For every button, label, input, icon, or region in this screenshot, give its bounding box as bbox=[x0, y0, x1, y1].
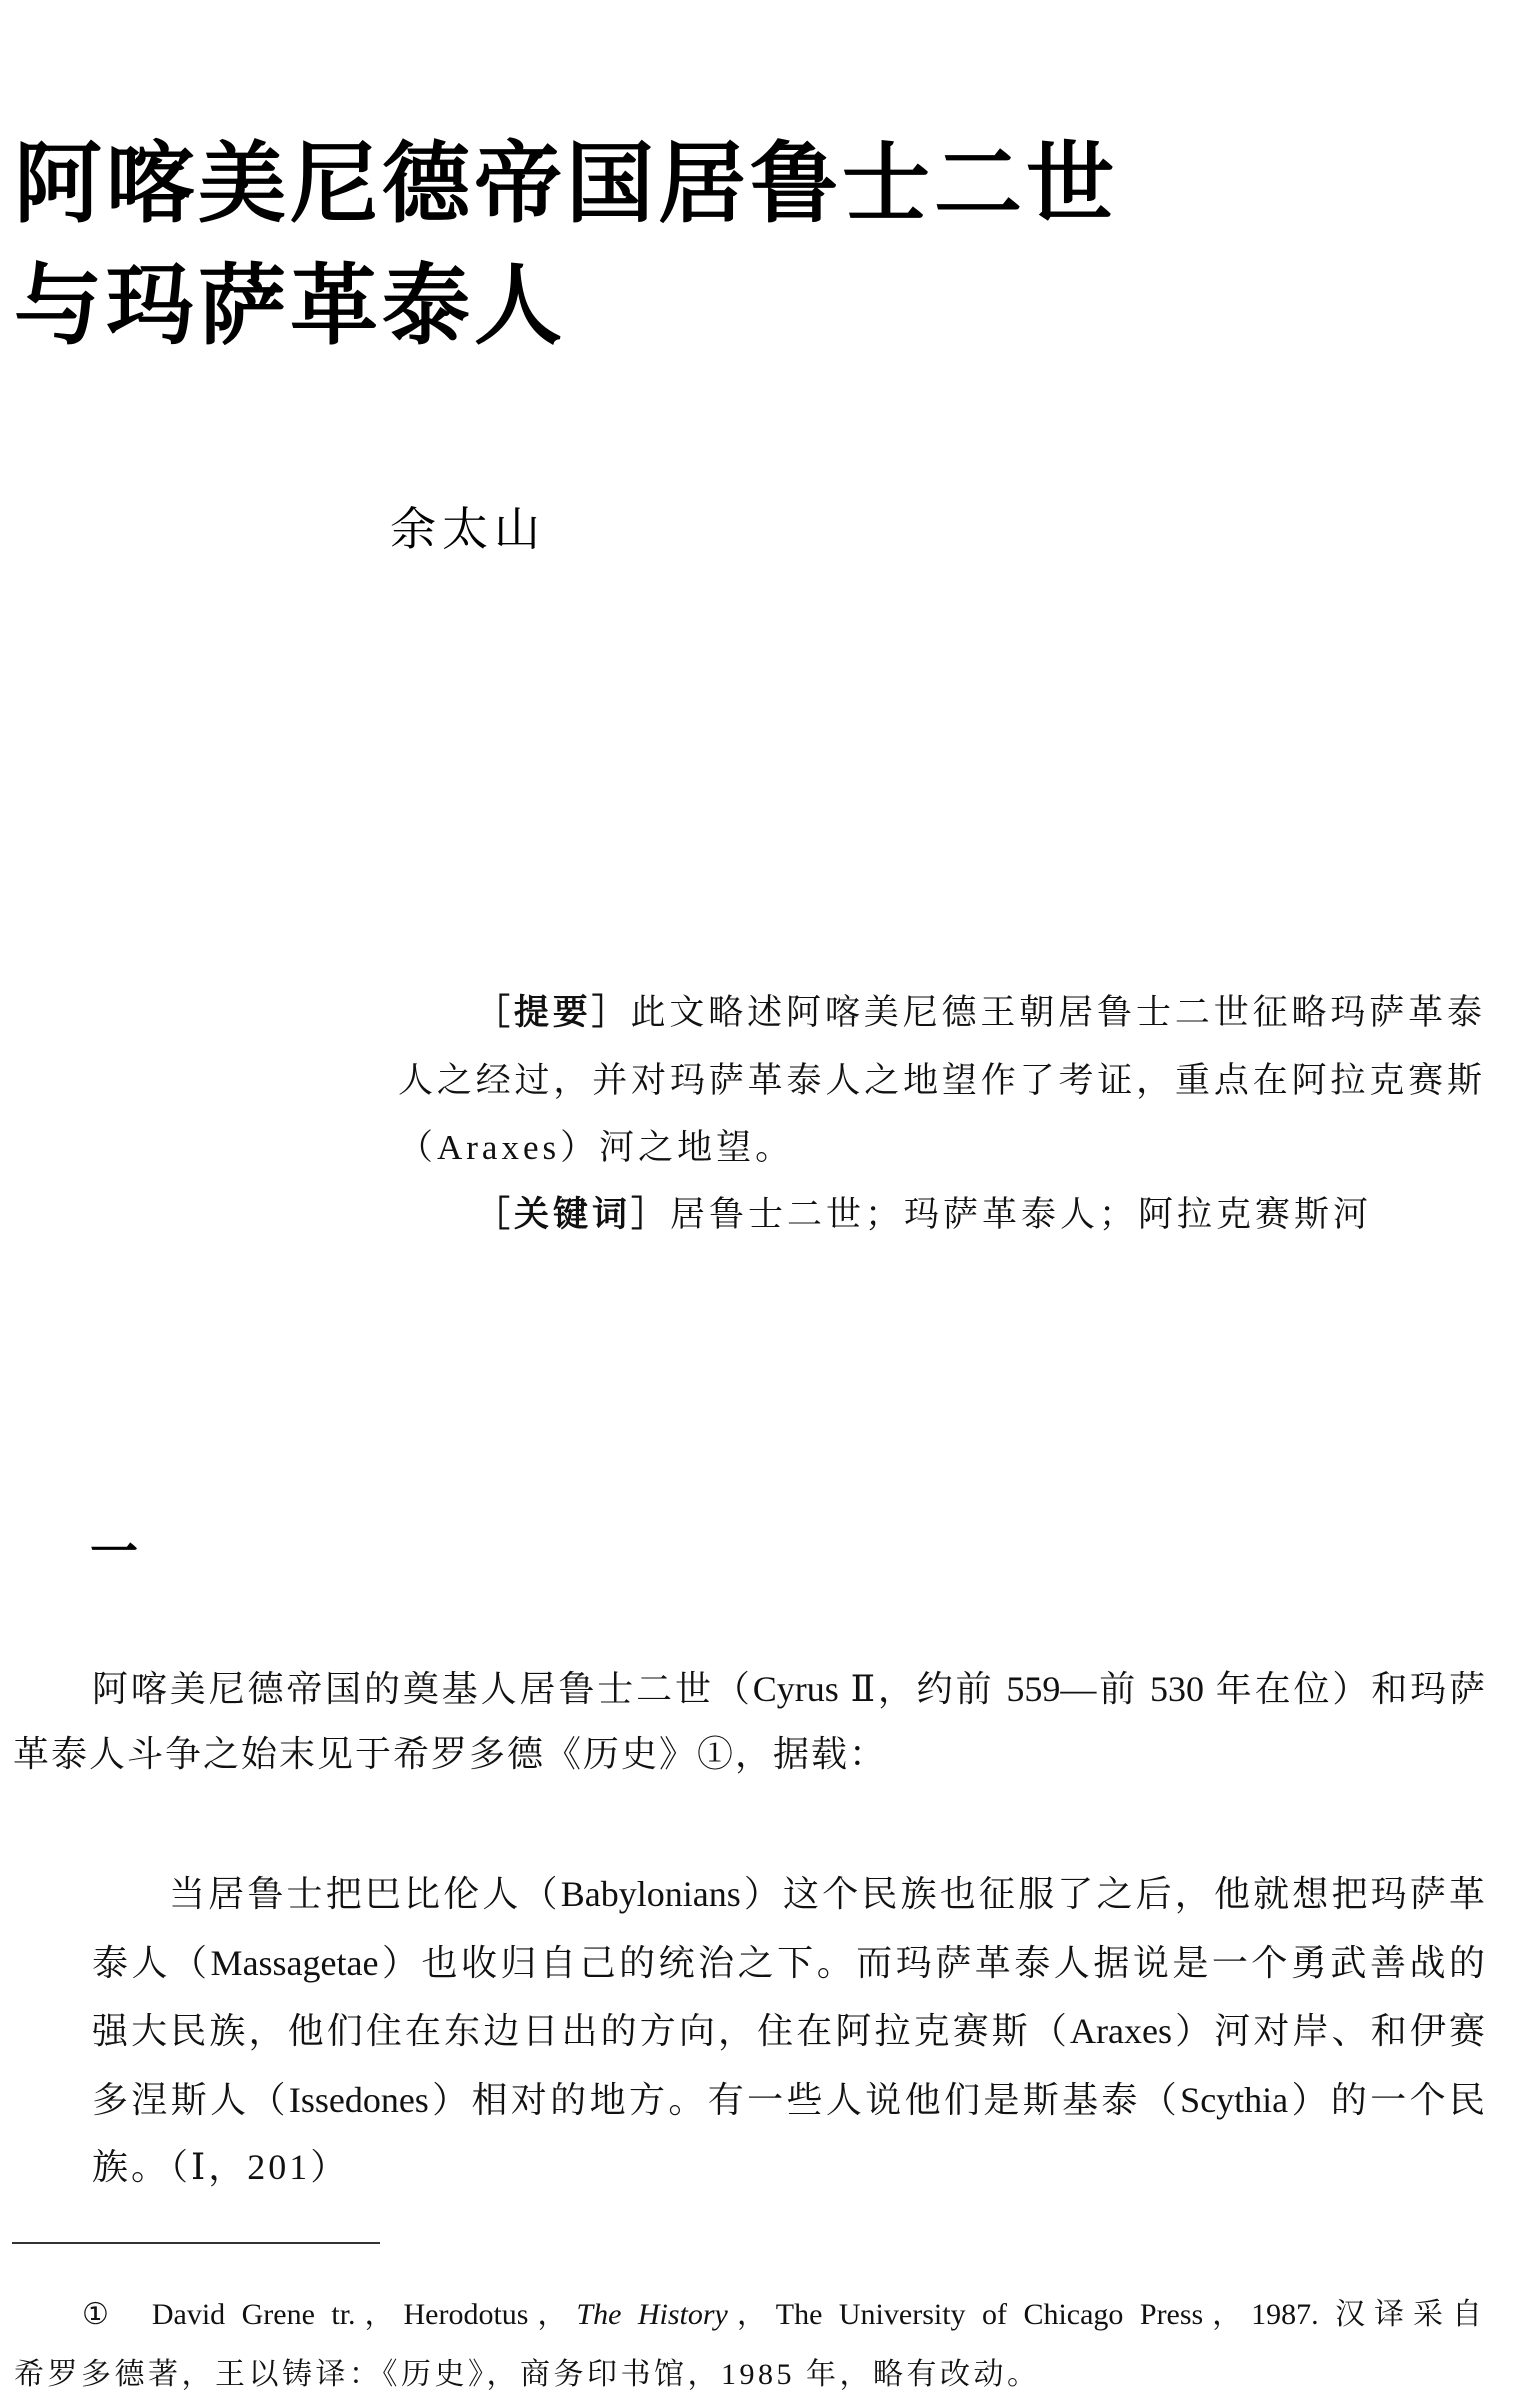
footnote-book-title: The History bbox=[576, 2298, 727, 2331]
body-line-1: 阿喀美尼德帝国的奠基人居鲁士二世（Cyrus Ⅱ，约前 559—前 530 年在… bbox=[92, 1666, 1485, 1712]
abstract-label: ［提要］ bbox=[475, 993, 631, 1033]
footnote-marker: ① bbox=[82, 2298, 118, 2331]
block-quote-line-4: 多涅斯人（Issedones）相对的地方。有一些人说他们是斯基泰（Scythia… bbox=[92, 2077, 1485, 2123]
body-line-2: 革泰人斗争之始末见于希罗多德《历史》①，据载： bbox=[13, 1731, 887, 1777]
section-number: 一 bbox=[90, 1524, 138, 1580]
keywords-text: 居鲁士二世；玛萨革泰人；阿拉克赛斯河 bbox=[670, 1195, 1372, 1234]
block-quote-line-3: 强大民族，他们住在东边日出的方向，住在阿拉克赛斯（Araxes）河对岸、和伊赛 bbox=[92, 2008, 1485, 2054]
body-text: 革泰人斗争之始末见于希罗多德《历史》 bbox=[13, 1734, 697, 1774]
abstract-line-3: （Araxes）河之地望。 bbox=[398, 1125, 794, 1170]
footnote-separator bbox=[12, 2242, 380, 2244]
abstract-line-1: ［提要］此文略述阿喀美尼德王朝居鲁士二世征略玛萨革泰 bbox=[475, 990, 1482, 1035]
body-text-tail: ，据载： bbox=[735, 1734, 887, 1774]
article-title-line-1: 阿喀美尼德帝国居鲁士二世 bbox=[14, 133, 1314, 233]
abstract-line-2: 人之经过，并对玛萨革泰人之地望作了考证，重点在阿拉克赛斯 bbox=[398, 1058, 1482, 1103]
keywords-label: ［关键词］ bbox=[475, 1195, 670, 1235]
block-quote-line-2: 泰人（Massagetae）也收归自己的统治之下。而玛萨革泰人据说是一个勇武善战… bbox=[92, 1940, 1485, 1986]
block-quote-line-5: 族。（Ⅰ，201） bbox=[92, 2144, 349, 2190]
footnote-ref: ① bbox=[697, 1734, 735, 1774]
abstract-text: 此文略述阿喀美尼德王朝居鲁士二世征略玛萨革泰 bbox=[631, 993, 1482, 1032]
footnote-citation: David Grene tr.，Herodotus， bbox=[152, 2298, 577, 2331]
footnote-publisher: ，The University of Chicago Press，1987. 汉… bbox=[728, 2298, 1482, 2331]
article-title-line-2: 与玛萨革泰人 bbox=[14, 255, 1314, 355]
footnote-line-2: 希罗多德著，王以铸译：《历史》，商务印书馆，1985 年，略有改动。 bbox=[14, 2355, 1041, 2395]
keywords-line: ［关键词］居鲁士二世；玛萨革泰人；阿拉克赛斯河 bbox=[475, 1192, 1372, 1237]
footnote-line-1: ①David Grene tr.，Herodotus，The History，T… bbox=[82, 2295, 1482, 2335]
block-quote-line-1: 当居鲁士把巴比伦人（Babylonians）这个民族也征服了之后，他就想把玛萨革 bbox=[169, 1871, 1485, 1917]
author-name: 余太山 bbox=[390, 502, 546, 558]
